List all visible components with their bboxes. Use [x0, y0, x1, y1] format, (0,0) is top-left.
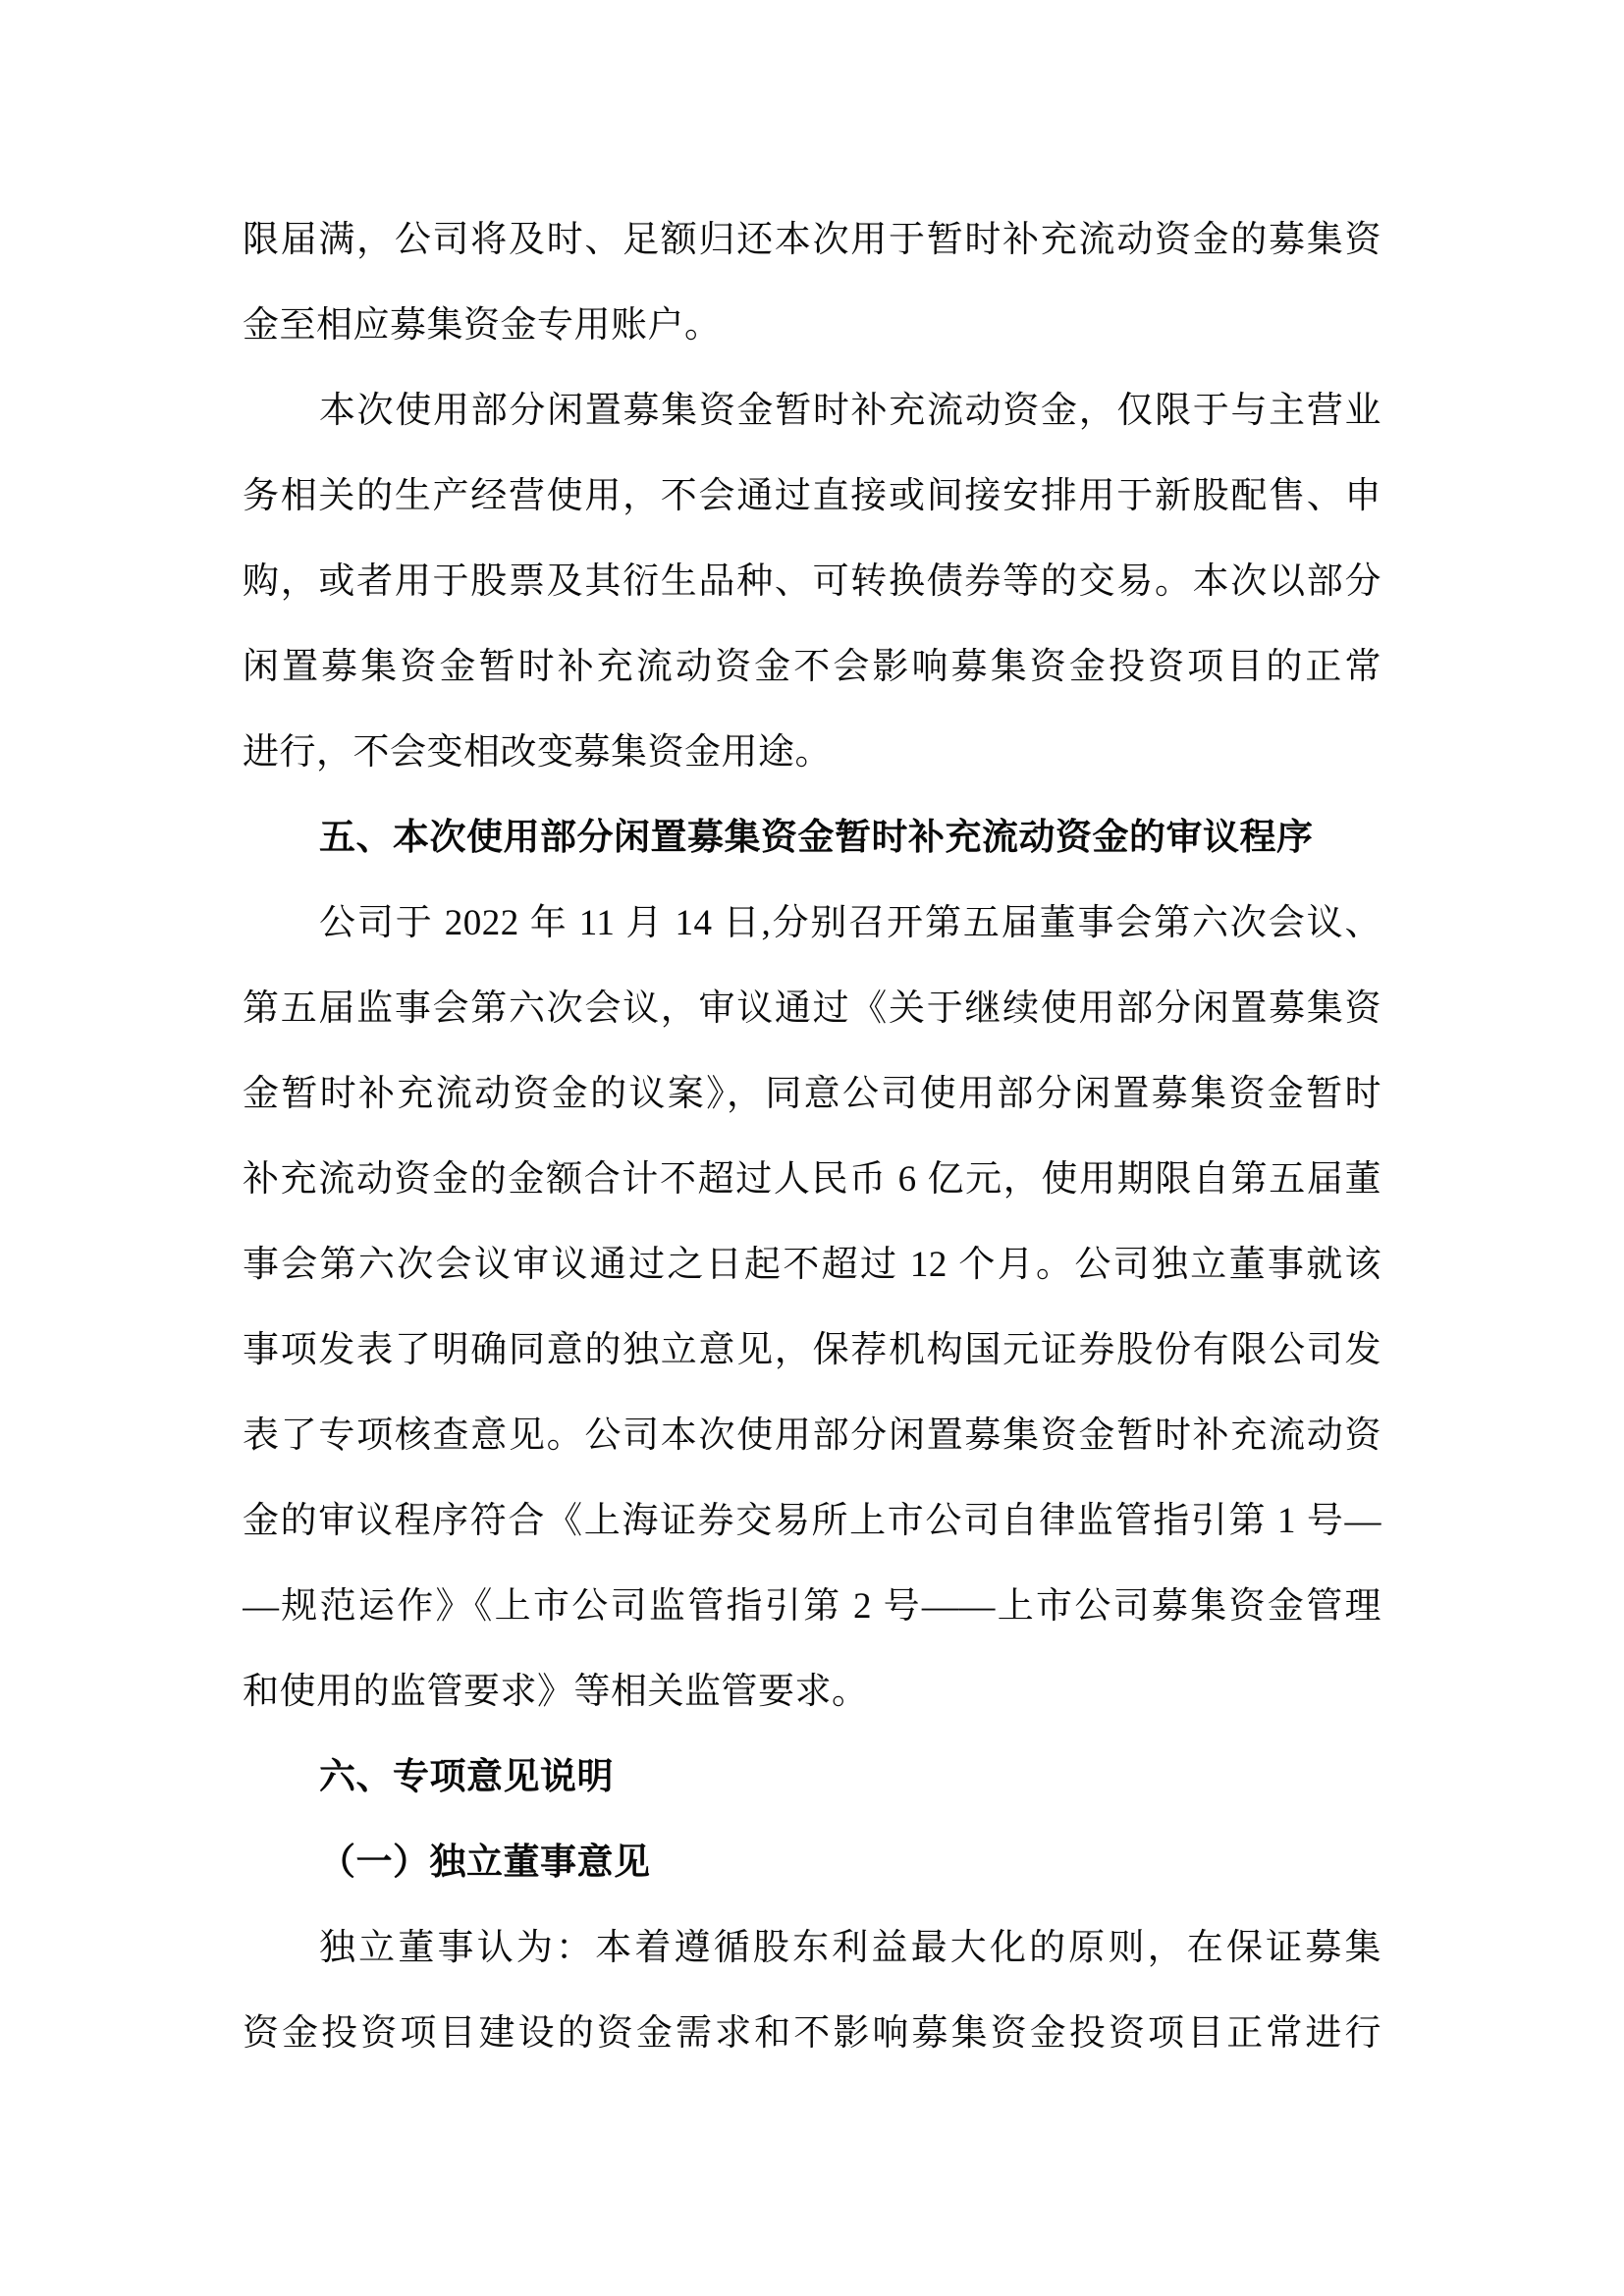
body-line: 资金投资项目建设的资金需求和不影响募集资金投资项目正常进行	[243, 1991, 1381, 2076]
body-line: 进行，不会变相改变募集资金用途。	[243, 710, 1381, 795]
body-line: 务相关的生产经营使用，不会通过直接或间接安排用于新股配售、申	[243, 454, 1381, 539]
body-line: 补充流动资金的金额合计不超过人民币 6 亿元，使用期限自第五届董	[243, 1137, 1381, 1222]
body-line: 事项发表了明确同意的独立意见，保荐机构国元证券股份有限公司发	[243, 1308, 1381, 1393]
body-line: 和使用的监管要求》等相关监管要求。	[243, 1649, 1381, 1735]
body-line: 事会第六次会议审议通过之日起不超过 12 个月。公司独立董事就该	[243, 1222, 1381, 1308]
section-5-heading: 五、本次使用部分闲置募集资金暂时补充流动资金的审议程序	[243, 795, 1381, 881]
body-line: 限届满，公司将及时、足额归还本次用于暂时补充流动资金的募集资	[243, 197, 1381, 283]
body-line: 本次使用部分闲置募集资金暂时补充流动资金，仅限于与主营业	[243, 368, 1381, 454]
body-line: —规范运作》《上市公司监管指引第 2 号——上市公司募集资金管理	[243, 1564, 1381, 1649]
subsection-1-heading: （一）独立董事意见	[243, 1820, 1381, 1905]
body-line: 第五届监事会第六次会议，审议通过《关于继续使用部分闲置募集资	[243, 966, 1381, 1051]
section-6-heading: 六、专项意见说明	[243, 1735, 1381, 1820]
body-line: 独立董事认为：本着遵循股东利益最大化的原则，在保证募集	[243, 1905, 1381, 1991]
document-text-block: 限届满，公司将及时、足额归还本次用于暂时补充流动资金的募集资 金至相应募集资金专…	[243, 197, 1381, 2076]
body-line: 金的审议程序符合《上海证券交易所上市公司自律监管指引第 1 号—	[243, 1478, 1381, 1564]
body-line: 闲置募集资金暂时补充流动资金不会影响募集资金投资项目的正常	[243, 624, 1381, 710]
body-line: 金至相应募集资金专用账户。	[243, 283, 1381, 368]
document-page: 限届满，公司将及时、足额归还本次用于暂时补充流动资金的募集资 金至相应募集资金专…	[0, 0, 1624, 2296]
body-line: 公司于 2022 年 11 月 14 日,分别召开第五届董事会第六次会议、	[243, 881, 1381, 966]
body-line: 购，或者用于股票及其衍生品种、可转换债券等的交易。本次以部分	[243, 539, 1381, 624]
body-line: 表了专项核查意见。公司本次使用部分闲置募集资金暂时补充流动资	[243, 1393, 1381, 1478]
body-line: 金暂时补充流动资金的议案》，同意公司使用部分闲置募集资金暂时	[243, 1051, 1381, 1137]
